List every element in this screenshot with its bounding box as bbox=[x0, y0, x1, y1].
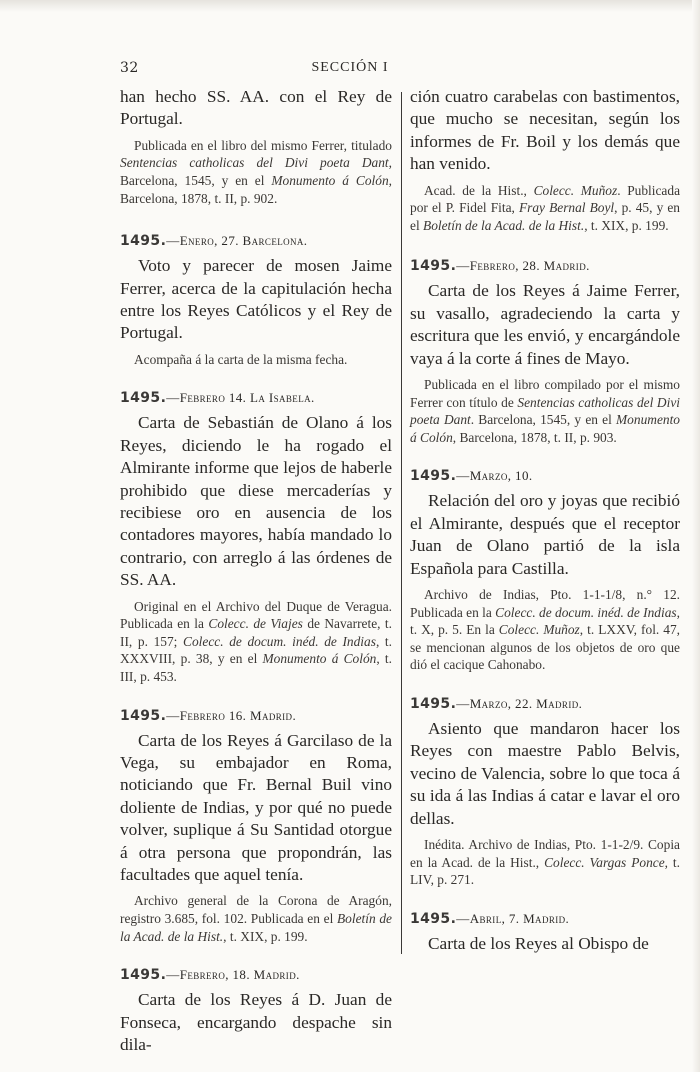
entry-note: Acompaña á la carta de la misma fecha. bbox=[120, 351, 392, 369]
continuation-entry: han hecho SS. AA. con el Rey de Portugal… bbox=[120, 86, 392, 207]
entry: 1495.—Febrero, 18. Madrid. Carta de los … bbox=[120, 967, 392, 1056]
entry-heading: 1495.—Febrero 16. Madrid. bbox=[120, 708, 392, 724]
entry-heading: 1495.—Marzo, 10. bbox=[410, 468, 680, 484]
entry-heading: 1495.—Febrero, 18. Madrid. bbox=[120, 967, 392, 983]
entry-body: Voto y parecer de mosen Jaime Ferrer, ac… bbox=[120, 255, 392, 345]
entry-body: Carta de los Reyes á D. Juan de Fonseca,… bbox=[120, 989, 392, 1056]
entry-body: Carta de los Reyes á Jaime Ferrer, su va… bbox=[410, 280, 680, 370]
entry-body: Asiento que mandaron hacer los Reyes con… bbox=[410, 718, 680, 830]
entry-heading: 1495.—Febrero, 28. Madrid. bbox=[410, 258, 680, 274]
entry: 1495.—Febrero 14. La Isabela. Carta de S… bbox=[120, 390, 392, 685]
running-head: SECCIÓN I bbox=[0, 60, 700, 76]
entry-body: han hecho SS. AA. con el Rey de Portugal… bbox=[120, 86, 392, 131]
entry-note: Publicada en el libro compilado por el m… bbox=[410, 376, 680, 446]
entry-heading: 1495.—Abril, 7. Madrid. bbox=[410, 911, 680, 927]
continuation-entry: ción cuatro carabelas con bastimentos, q… bbox=[410, 86, 680, 234]
column-divider bbox=[401, 92, 402, 954]
entry-heading: 1495.—Enero, 27. Barcelona. bbox=[120, 233, 392, 249]
entry: 1495.—Febrero 16. Madrid. Carta de los R… bbox=[120, 708, 392, 946]
entry-note: Publicada en el libro del mismo Ferrer, … bbox=[120, 137, 392, 207]
entry: 1495.—Febrero, 28. Madrid. Carta de los … bbox=[410, 258, 680, 446]
right-column: ción cuatro carabelas con bastimentos, q… bbox=[410, 86, 680, 955]
entry-note: Inédita. Archivo de Indias, Pto. 1-1-2/9… bbox=[410, 836, 680, 889]
entry-heading: 1495.—Febrero 14. La Isabela. bbox=[120, 390, 392, 406]
entry-body: ción cuatro carabelas con bastimentos, q… bbox=[410, 86, 680, 176]
entry-body: Carta de Sebastián de Olano á los Reyes,… bbox=[120, 412, 392, 591]
entry: 1495.—Abril, 7. Madrid. Carta de los Rey… bbox=[410, 911, 680, 955]
entry-note: Archivo de Indias, Pto. 1-1-1/8, n.° 12.… bbox=[410, 586, 680, 674]
entry-heading: 1495.—Marzo, 22. Madrid. bbox=[410, 696, 680, 712]
scan-edge-top bbox=[0, 0, 700, 12]
scan-edge-right bbox=[692, 0, 700, 1072]
left-column: han hecho SS. AA. con el Rey de Portugal… bbox=[120, 86, 392, 1056]
entry-note: Acad. de la Hist., Colecc. Muñoz. Public… bbox=[410, 182, 680, 235]
entry: 1495.—Marzo, 22. Madrid. Asiento que man… bbox=[410, 696, 680, 889]
entry-note: Original en el Archivo del Duque de Vera… bbox=[120, 598, 392, 686]
entry-note: Archivo general de la Corona de Aragón, … bbox=[120, 892, 392, 945]
entry-body: Carta de los Reyes á Garcilaso de la Veg… bbox=[120, 730, 392, 887]
entry-body: Carta de los Reyes al Obispo de bbox=[410, 933, 680, 955]
entry-body: Relación del oro y joyas que recibió el … bbox=[410, 490, 680, 580]
entry: 1495.—Marzo, 10. Relación del oro y joya… bbox=[410, 468, 680, 674]
entry: 1495.—Enero, 27. Barcelona. Voto y parec… bbox=[120, 233, 392, 368]
